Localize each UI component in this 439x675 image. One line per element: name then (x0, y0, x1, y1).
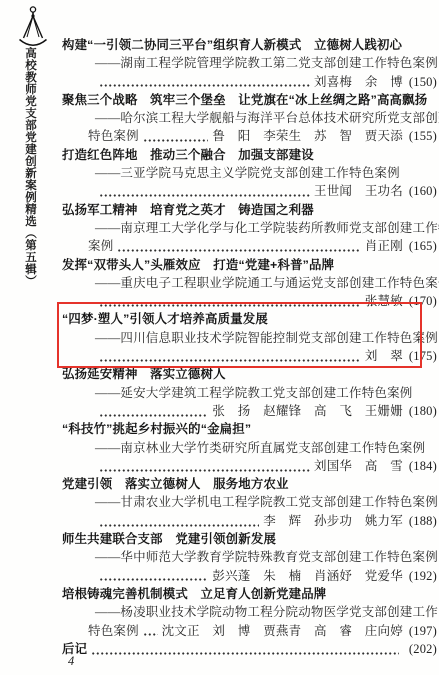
leader-dots (98, 182, 311, 200)
toc-entry-line: ——南京理工大学化学与化工学院装药所教师党支部创建工作特色 (62, 219, 437, 237)
toc-entry-page: (188) (409, 512, 437, 530)
toc-entry: 发挥“双带头人”头雁效应 打造“党建+科普”品牌——重庆电子工程职业学院通工与通… (62, 256, 437, 311)
toc-entry-page: (180) (409, 402, 437, 420)
toc-entry-title: 党建引领 落实立德树人 服务地方农业 (62, 475, 289, 493)
toc-entry-title: 聚焦三个战略 筑牢三个堡垒 让党旗在“冰上丝绸之路”高高飘扬 (62, 91, 427, 109)
toc-entry-page: (155) (409, 127, 437, 145)
toc-entry-subtitle: ——甘肃农业大学机电工程学院教工党支部创建工作特色案例 (95, 493, 438, 511)
toc-entry-line: 张慧敏(170) (62, 292, 437, 310)
toc-entry: 弘扬延安精神 落实立德树人——延安大学建筑工程学院教工党支部创建工作特色案例张 … (62, 365, 437, 420)
toc-entry-line: 培根铸魂完善机制模式 立足育人创新党建品牌 (62, 585, 437, 603)
toc-entry-title: 构建“一引领二协同三平台”组织育人新模式 立德树人践初心 (62, 36, 402, 54)
toc-entry-subtitle-cont: 特色案例 (88, 127, 139, 145)
toc-entry-authors: 王世闻 王功名 (314, 182, 403, 200)
toc-list: 构建“一引领二协同三平台”组织育人新模式 立德树人践初心——湖南工程学院管理学院… (62, 36, 437, 658)
toc-entry-line: 构建“一引领二协同三平台”组织育人新模式 立德树人践初心 (62, 36, 437, 54)
toc-entry-authors: 刘国华 高 雪 (314, 457, 403, 475)
toc-entry: 弘扬军工精神 培育党之英才 铸造国之利器——南京理工大学化学与化工学院装药所教师… (62, 201, 437, 256)
toc-entry-title: 培根铸魂完善机制模式 立足育人创新党建品牌 (62, 585, 326, 603)
toc-entry-subtitle: ——杨凌职业技术学院动物工程分院动物医学党支部创建工作 (95, 603, 438, 621)
toc-entry-title: 打造红色阵地 推动三个融合 加强支部建设 (62, 146, 314, 164)
toc-entry-line: 党建引领 落实立德树人 服务地方农业 (62, 475, 437, 493)
toc-entry-line: 发挥“双带头人”头雁效应 打造“党建+科普”品牌 (62, 256, 437, 274)
leader-dots (98, 292, 362, 310)
toc-entry-line: ——甘肃农业大学机电工程学院教工党支部创建工作特色案例 (62, 493, 437, 511)
toc-entry-line: 后记(202) (62, 640, 437, 658)
leader-dots (98, 457, 311, 475)
toc-entry: 聚焦三个战略 筑牢三个堡垒 让党旗在“冰上丝绸之路”高高飘扬——哈尔滨工程大学舰… (62, 91, 437, 146)
toc-entry-title: 弘扬军工精神 培育党之英才 铸造国之利器 (62, 201, 314, 219)
toc-entry-line: “科技竹”挑起乡村振兴的“金扁担” (62, 420, 437, 438)
toc-entry-subtitle: ——华中师范大学教育学院特殊教育党支部创建工作特色案例 (95, 548, 438, 566)
toc-entry-line: 王世闻 王功名(160) (62, 182, 437, 200)
toc-entry: 师生共建联合支部 党建引领创新发展——华中师范大学教育学院特殊教育党支部创建工作… (62, 530, 437, 585)
toc-entry: “科技竹”挑起乡村振兴的“金扁担”——南京林业大学竹类研究所直属党支部创建工作特… (62, 420, 437, 475)
toc-entry-line: ——重庆电子工程职业学院通工与通运党支部创建工作特色案例 (62, 274, 437, 292)
toc-entry-line: 聚焦三个战略 筑牢三个堡垒 让党旗在“冰上丝绸之路”高高飘扬 (62, 91, 437, 109)
toc-entry: 后记(202) (62, 640, 437, 658)
toc-entry-title: “科技竹”挑起乡村振兴的“金扁担” (62, 420, 251, 438)
toc-entry-authors: 李 辉 孙步功 姚力军 (263, 512, 403, 530)
toc-entry: 构建“一引领二协同三平台”组织育人新模式 立德树人践初心——湖南工程学院管理学院… (62, 36, 437, 91)
toc-entry-line: 师生共建联合支部 党建引领创新发展 (62, 530, 437, 548)
toc-entry-page: (184) (409, 457, 437, 475)
toc-entry: “四梦·塑人”引领人才培养高质量发展——四川信息职业技术学院智能控制党支部创建工… (62, 310, 437, 365)
folio-page-number: 4 (68, 654, 74, 669)
toc-entry-title: 后记 (62, 640, 87, 658)
toc-entry-authors: 肖正刚 (365, 237, 403, 255)
toc-entry-title: 弘扬延安精神 落实立德树人 (62, 365, 226, 383)
toc-entry-subtitle-cont: 案例 (88, 237, 113, 255)
leader-dots (98, 73, 311, 91)
leader-dots (142, 127, 210, 145)
toc-entry-page: (150) (409, 73, 437, 91)
toc-entry-line: ——三亚学院马克思主义学院党支部创建工作特色案例 (62, 164, 437, 182)
toc-entry-authors: 鲁 阳 李荣生 苏 智 贾天添 (212, 127, 403, 145)
toc-entry-line: ——四川信息职业技术学院智能控制党支部创建工作特色案例 (62, 329, 437, 347)
toc-entry-line: ——哈尔滨工程大学舰船与海洋平台总体技术研究所党支部创建工作 (62, 109, 437, 127)
toc-entry-line: 李 辉 孙步功 姚力军(188) (62, 512, 437, 530)
toc-entry-authors: 刘 翠 (365, 347, 403, 365)
drafting-compass-icon (16, 5, 50, 51)
toc-entry-title: 师生共建联合支部 党建引领创新发展 (62, 530, 276, 548)
toc-entry-line: 特色案例沈文正 刘 博 贾燕青 高 睿 庄向婷(197) (62, 622, 437, 640)
toc-entry-title: 发挥“双带头人”头雁效应 打造“党建+科普”品牌 (62, 256, 334, 274)
toc-entry-line: ——延安大学建筑工程学院教工党支部创建工作特色案例 (62, 384, 437, 402)
leader-dots (98, 567, 209, 585)
toc-entry-line: 打造红色阵地 推动三个融合 加强支部建设 (62, 146, 437, 164)
leader-dots (98, 347, 362, 365)
toc-entry-line: ——华中师范大学教育学院特殊教育党支部创建工作特色案例 (62, 548, 437, 566)
toc-entry-title: “四梦·塑人”引领人才培养高质量发展 (62, 310, 268, 328)
toc-entry-subtitle-cont: 特色案例 (88, 622, 139, 640)
toc-entry-authors: 张慧敏 (365, 292, 403, 310)
toc-entry: 打造红色阵地 推动三个融合 加强支部建设——三亚学院马克思主义学院党支部创建工作… (62, 146, 437, 201)
toc-entry-authors: 彭兴蓬 朱 楠 肖涵妤 党爱华 (212, 567, 403, 585)
leader-dots (98, 402, 209, 420)
toc-entry-page: (165) (409, 237, 437, 255)
toc-entry-subtitle: ——湖南工程学院管理学院教工第二党支部创建工作特色案例 (95, 54, 438, 72)
toc-entry-page: (197) (409, 622, 437, 640)
toc-entry-line: 特色案例鲁 阳 李荣生 苏 智 贾天添(155) (62, 127, 437, 145)
toc-entry: 党建引领 落实立德树人 服务地方农业——甘肃农业大学机电工程学院教工党支部创建工… (62, 475, 437, 530)
toc-entry-line: 刘国华 高 雪(184) (62, 457, 437, 475)
toc-entry-subtitle: ——南京理工大学化学与化工学院装药所教师党支部创建工作特色 (95, 219, 439, 237)
toc-entry-line: 弘扬延安精神 落实立德树人 (62, 365, 437, 383)
toc-entry-authors: 沈文正 刘 博 贾燕青 高 睿 庄向婷 (162, 622, 403, 640)
toc-entry-subtitle: ——延安大学建筑工程学院教工党支部创建工作特色案例 (95, 384, 413, 402)
toc-entry-subtitle: ——南京林业大学竹类研究所直属党支部创建工作特色案例 (95, 439, 425, 457)
toc-entry-subtitle: ——哈尔滨工程大学舰船与海洋平台总体技术研究所党支部创建工作 (95, 109, 439, 127)
leader-dots (116, 237, 361, 255)
toc-entry-line: 张 扬 赵耀锋 高 飞 王姗姗(180) (62, 402, 437, 420)
toc-entry-subtitle: ——三亚学院马克思主义学院党支部创建工作特色案例 (95, 164, 400, 182)
toc-entry-line: ——南京林业大学竹类研究所直属党支部创建工作特色案例 (62, 439, 437, 457)
series-title-vertical: 高校教师党支部党建创新案例精选（第五辑） (18, 47, 38, 269)
toc-entry-page: (175) (409, 347, 437, 365)
toc-entry-subtitle: ——四川信息职业技术学院智能控制党支部创建工作特色案例 (95, 329, 438, 347)
leader-dots (142, 622, 159, 640)
toc-entry-line: 刘 翠(175) (62, 347, 437, 365)
leader-dots (98, 512, 260, 530)
book-toc-page: 高校教师党支部党建创新案例精选（第五辑） 构建“一引领二协同三平台”组织育人新模… (0, 0, 439, 675)
leader-dots (90, 640, 400, 658)
toc-entry-line: 彭兴蓬 朱 楠 肖涵妤 党爱华(192) (62, 567, 437, 585)
toc-entry-line: 案例肖正刚(165) (62, 237, 437, 255)
toc-entry-line: 弘扬军工精神 培育党之英才 铸造国之利器 (62, 201, 437, 219)
toc-entry-line: ——杨凌职业技术学院动物工程分院动物医学党支部创建工作 (62, 603, 437, 621)
toc-entry-line: “四梦·塑人”引领人才培养高质量发展 (62, 310, 437, 328)
toc-entry-page: (192) (409, 567, 437, 585)
toc-entry-page: (160) (409, 182, 437, 200)
toc-entry-line: 刘喜梅 余 博(150) (62, 73, 437, 91)
toc-entry-authors: 张 扬 赵耀锋 高 飞 王姗姗 (212, 402, 403, 420)
toc-entry: 培根铸魂完善机制模式 立足育人创新党建品牌——杨凌职业技术学院动物工程分院动物医… (62, 585, 437, 640)
toc-entry-line: ——湖南工程学院管理学院教工第二党支部创建工作特色案例 (62, 54, 437, 72)
toc-entry-subtitle: ——重庆电子工程职业学院通工与通运党支部创建工作特色案例 (95, 274, 439, 292)
toc-entry-authors: 刘喜梅 余 博 (314, 73, 403, 91)
toc-entry-page: (202) (409, 640, 437, 658)
toc-entry-page: (170) (409, 292, 437, 310)
